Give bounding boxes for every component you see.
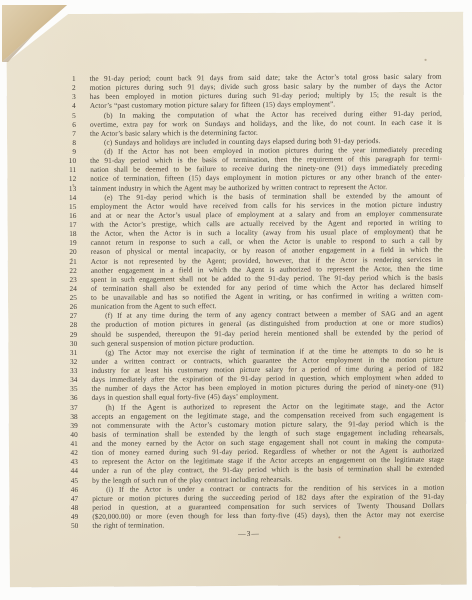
paper-speck [425, 59, 427, 61]
line-number: 2 [54, 83, 76, 92]
line-number: 30 [55, 339, 77, 348]
line-number: 29 [55, 329, 77, 338]
line-number: 50 [56, 521, 78, 530]
line-number: 42 [56, 448, 78, 457]
line-number: 16 [54, 211, 76, 220]
line-number: 32 [55, 357, 77, 366]
line-number: 1 [54, 74, 76, 83]
paper-speck [72, 184, 74, 186]
line-number: 23 [55, 275, 77, 284]
line-number: 28 [55, 320, 77, 329]
line-number: 9 [54, 147, 76, 156]
line-number: 22 [55, 266, 77, 275]
line-number: 40 [56, 430, 78, 439]
line-number: 19 [55, 238, 77, 247]
line-number: 46 [56, 485, 78, 494]
line-number: 18 [55, 229, 77, 238]
line-number: 37 [56, 402, 78, 411]
line-number: 3 [54, 92, 76, 101]
line-number: 7 [54, 129, 76, 138]
line-number: 47 [56, 494, 78, 503]
line-number: 34 [55, 375, 77, 384]
line-number: 31 [55, 348, 77, 357]
line-number: 41 [56, 439, 78, 448]
line-number: 33 [55, 366, 77, 375]
line-number: 12 [54, 174, 76, 183]
paper-speck [338, 536, 340, 538]
line-number: 36 [56, 393, 78, 402]
line-number: 43 [56, 457, 78, 466]
document-page: 1the 91-day period; count back 91 days f… [6, 12, 466, 588]
line-number: 24 [55, 284, 77, 293]
line-number: 8 [54, 138, 76, 147]
line-number: 39 [56, 421, 78, 430]
line-number: 5 [54, 110, 76, 119]
text-block: 1the 91-day period; count back 91 days f… [54, 72, 445, 531]
line-number: 10 [54, 156, 76, 165]
line-number: 38 [56, 412, 78, 421]
line-number: 15 [54, 202, 76, 211]
line-number: 35 [56, 384, 78, 393]
line-number: 20 [55, 247, 77, 256]
line-number: 14 [54, 193, 76, 202]
line-number: 26 [55, 302, 77, 311]
paper-speck [71, 258, 73, 260]
line-number: 27 [55, 311, 77, 320]
line-number: 48 [56, 503, 78, 512]
line-number: 45 [56, 475, 78, 484]
line-number: 11 [54, 165, 76, 174]
page-number: —3— [9, 528, 466, 540]
line-number: 21 [55, 256, 77, 265]
line-number: 49 [56, 512, 78, 521]
line-number: 6 [54, 120, 76, 129]
line-number: 17 [55, 220, 77, 229]
line-number: 25 [55, 293, 77, 302]
photo-background: 1the 91-day period; count back 91 days f… [0, 0, 472, 600]
line-number: 44 [56, 466, 78, 475]
line-number: 4 [54, 101, 76, 110]
